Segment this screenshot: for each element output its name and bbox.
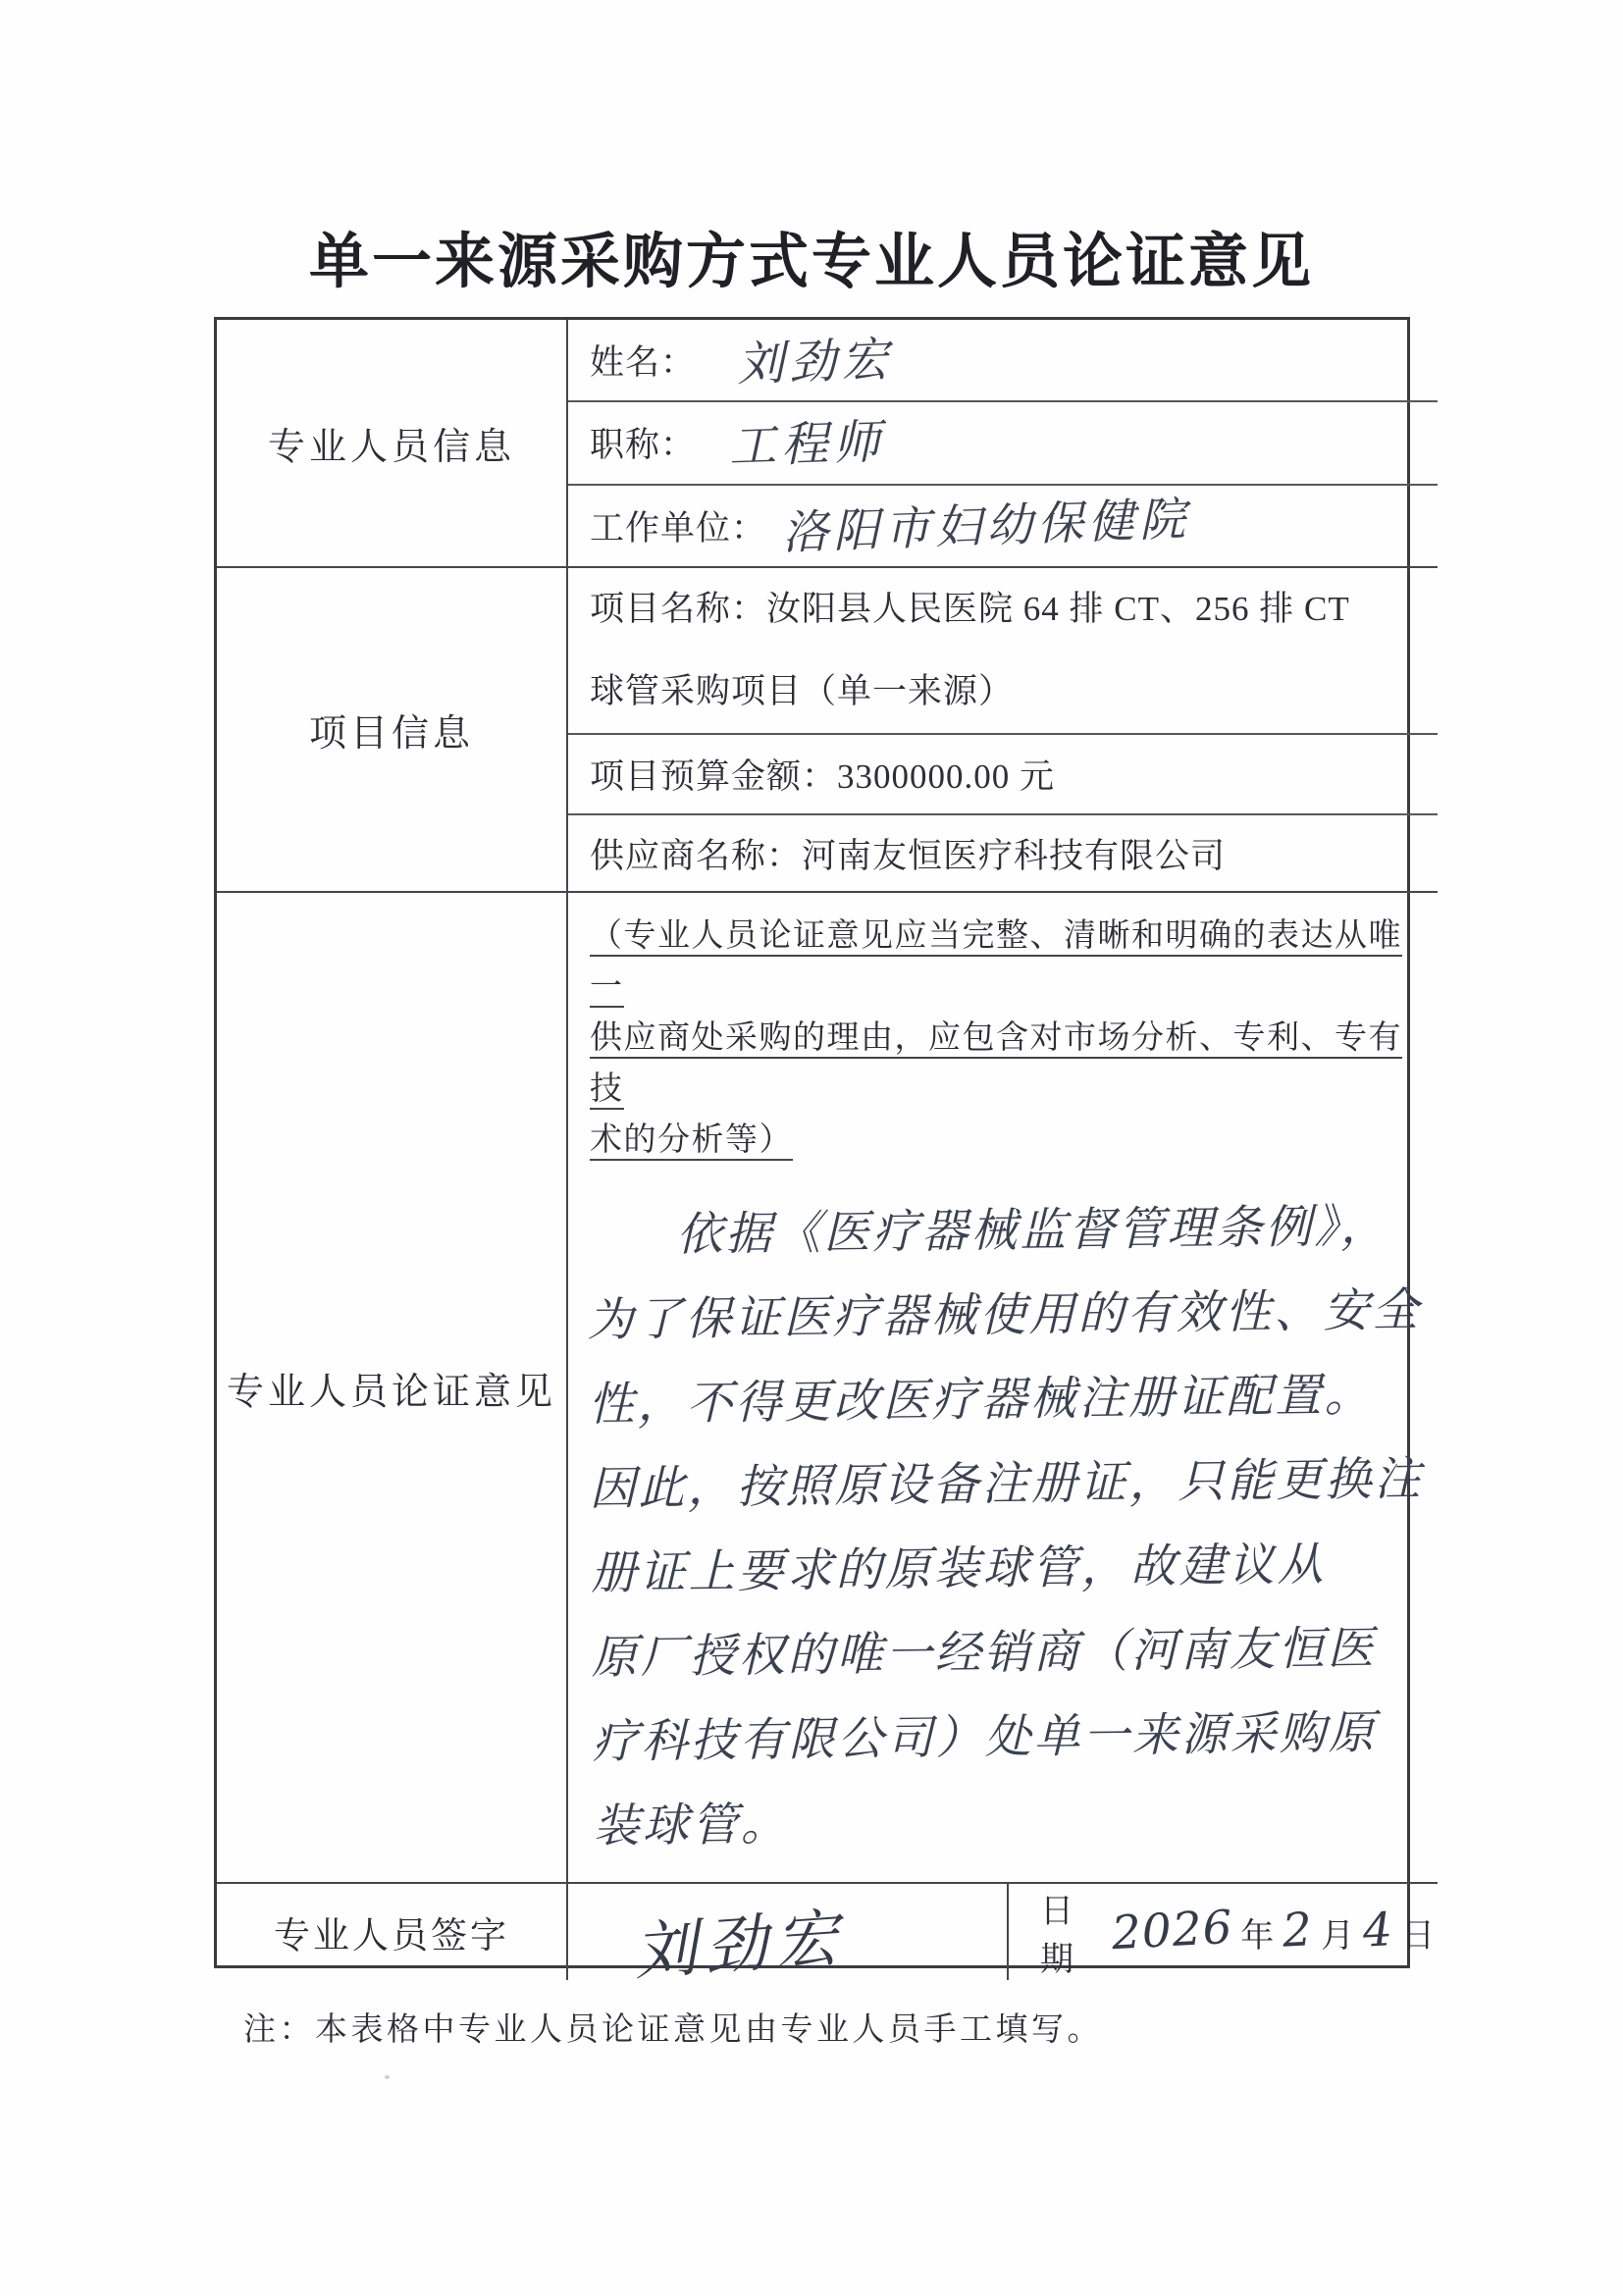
project-name-field: 项目名称：汝阳县人民医院 64 排 CT、256 排 CT 球管采购项目（单一来… [568,568,1438,735]
project-info-fields: 项目名称：汝阳县人民医院 64 排 CT、256 排 CT 球管采购项目（单一来… [568,568,1438,893]
opinion-handwritten-text: 依据《医疗器械监督管理条例》， 为了保证医疗器械使用的有效性、安全 性，不得更改… [586,1184,1428,1869]
date-month-handwritten: 2 [1282,1903,1315,1958]
signature-handwritten: 刘劲宏 [631,1888,849,1993]
opinion-row-label: 专业人员论证意见 [217,893,568,1884]
project-name-text: 项目名称：汝阳县人民医院 64 排 CT、256 排 CT 球管采购项目（单一来… [590,568,1350,733]
scan-speck [385,2075,390,2079]
name-label: 姓名： [590,336,696,385]
footnote-text: 注：本表格中专业人员论证意见由专业人员手工填写。 [243,2004,1103,2050]
signature-row-label: 专业人员签字 [217,1884,568,1980]
date-year-suffix: 年 [1240,1908,1275,1957]
demonstration-form-table: 专业人员信息 姓名： 刘劲宏 职称： 工程师 工作单位： 洛阳市妇幼保健院 项目… [214,317,1410,1968]
date-day-handwritten: 4 [1362,1903,1395,1958]
project-budget-label: 项目预算金额： [590,750,837,799]
name-field: 姓名： 刘劲宏 [568,320,1438,402]
workunit-field: 工作单位： 洛阳市妇幼保健院 [568,486,1438,566]
signature-row: 专业人员签字 刘劲宏 日期 2026 年 2 月 4 日 [217,1884,1438,1980]
personnel-info-fields: 姓名： 刘劲宏 职称： 工程师 工作单位： 洛阳市妇幼保健院 [568,320,1438,568]
handwritten-line-5: 册证上要求的原装球管，故建议从 [590,1522,1425,1616]
workunit-value-handwritten: 洛阳市妇幼保健院 [781,483,1191,562]
date-field: 日期 2026 年 2 月 4 日 [1009,1884,1438,1980]
date-year-handwritten: 2026 [1110,1900,1233,1959]
supplier-field: 供应商名称： 河南友恒医疗科技有限公司 [568,815,1438,891]
handwritten-line-7: 疗科技有限公司）处单一来源采购原 [592,1691,1427,1785]
page-title: 单一来源采购方式专业人员论证意见 [0,214,1623,299]
handwritten-line-6: 原厂授权的唯一经销商（河南友恒医 [591,1606,1426,1700]
date-month-suffix: 月 [1321,1908,1355,1957]
jobtitle-value-handwritten: 工程师 [728,403,886,477]
project-budget-value: 3300000.00 元 [837,750,1055,799]
name-value-handwritten: 刘劲宏 [736,321,894,394]
handwritten-line-4: 因此，按照原设备注册证，只能更换注 [589,1437,1424,1532]
opinion-instruction: （专业人员论证意见应当完整、清晰和明确的表达从唯一 供应商处采购的理由，应包含对… [590,911,1424,1166]
personnel-info-row-label: 专业人员信息 [217,320,568,568]
instruction-line-2: 供应商处采购的理由，应包含对市场分析、专利、专有技 [590,1013,1424,1115]
jobtitle-field: 职称： 工程师 [568,402,1438,485]
supplier-value: 河南友恒医疗科技有限公司 [802,829,1226,878]
instruction-line-3: 术的分析等） [590,1115,1424,1166]
date-label: 日期 [1040,1884,1104,1980]
jobtitle-label: 职称： [590,418,696,467]
date-day-suffix: 日 [1401,1908,1436,1957]
workunit-label: 工作单位： [590,501,766,550]
handwritten-line-1: 依据《医疗器械监督管理条例》， [586,1184,1421,1278]
handwritten-line-2: 为了保证医疗器械使用的有效性、安全 [587,1269,1422,1363]
project-info-row-label: 项目信息 [217,568,568,893]
instruction-line-1: （专业人员论证意见应当完整、清晰和明确的表达从唯一 [590,911,1424,1013]
signature-cell: 刘劲宏 [568,1884,1009,1980]
project-budget-field: 项目预算金额： 3300000.00 元 [568,735,1438,815]
opinion-cell: （专业人员论证意见应当完整、清晰和明确的表达从唯一 供应商处采购的理由，应包含对… [568,893,1438,1884]
supplier-label: 供应商名称： [590,829,802,878]
handwritten-line-8: 装球管。 [593,1775,1428,1869]
handwritten-line-3: 性，不得更改医疗器械注册证配置。 [588,1353,1423,1447]
